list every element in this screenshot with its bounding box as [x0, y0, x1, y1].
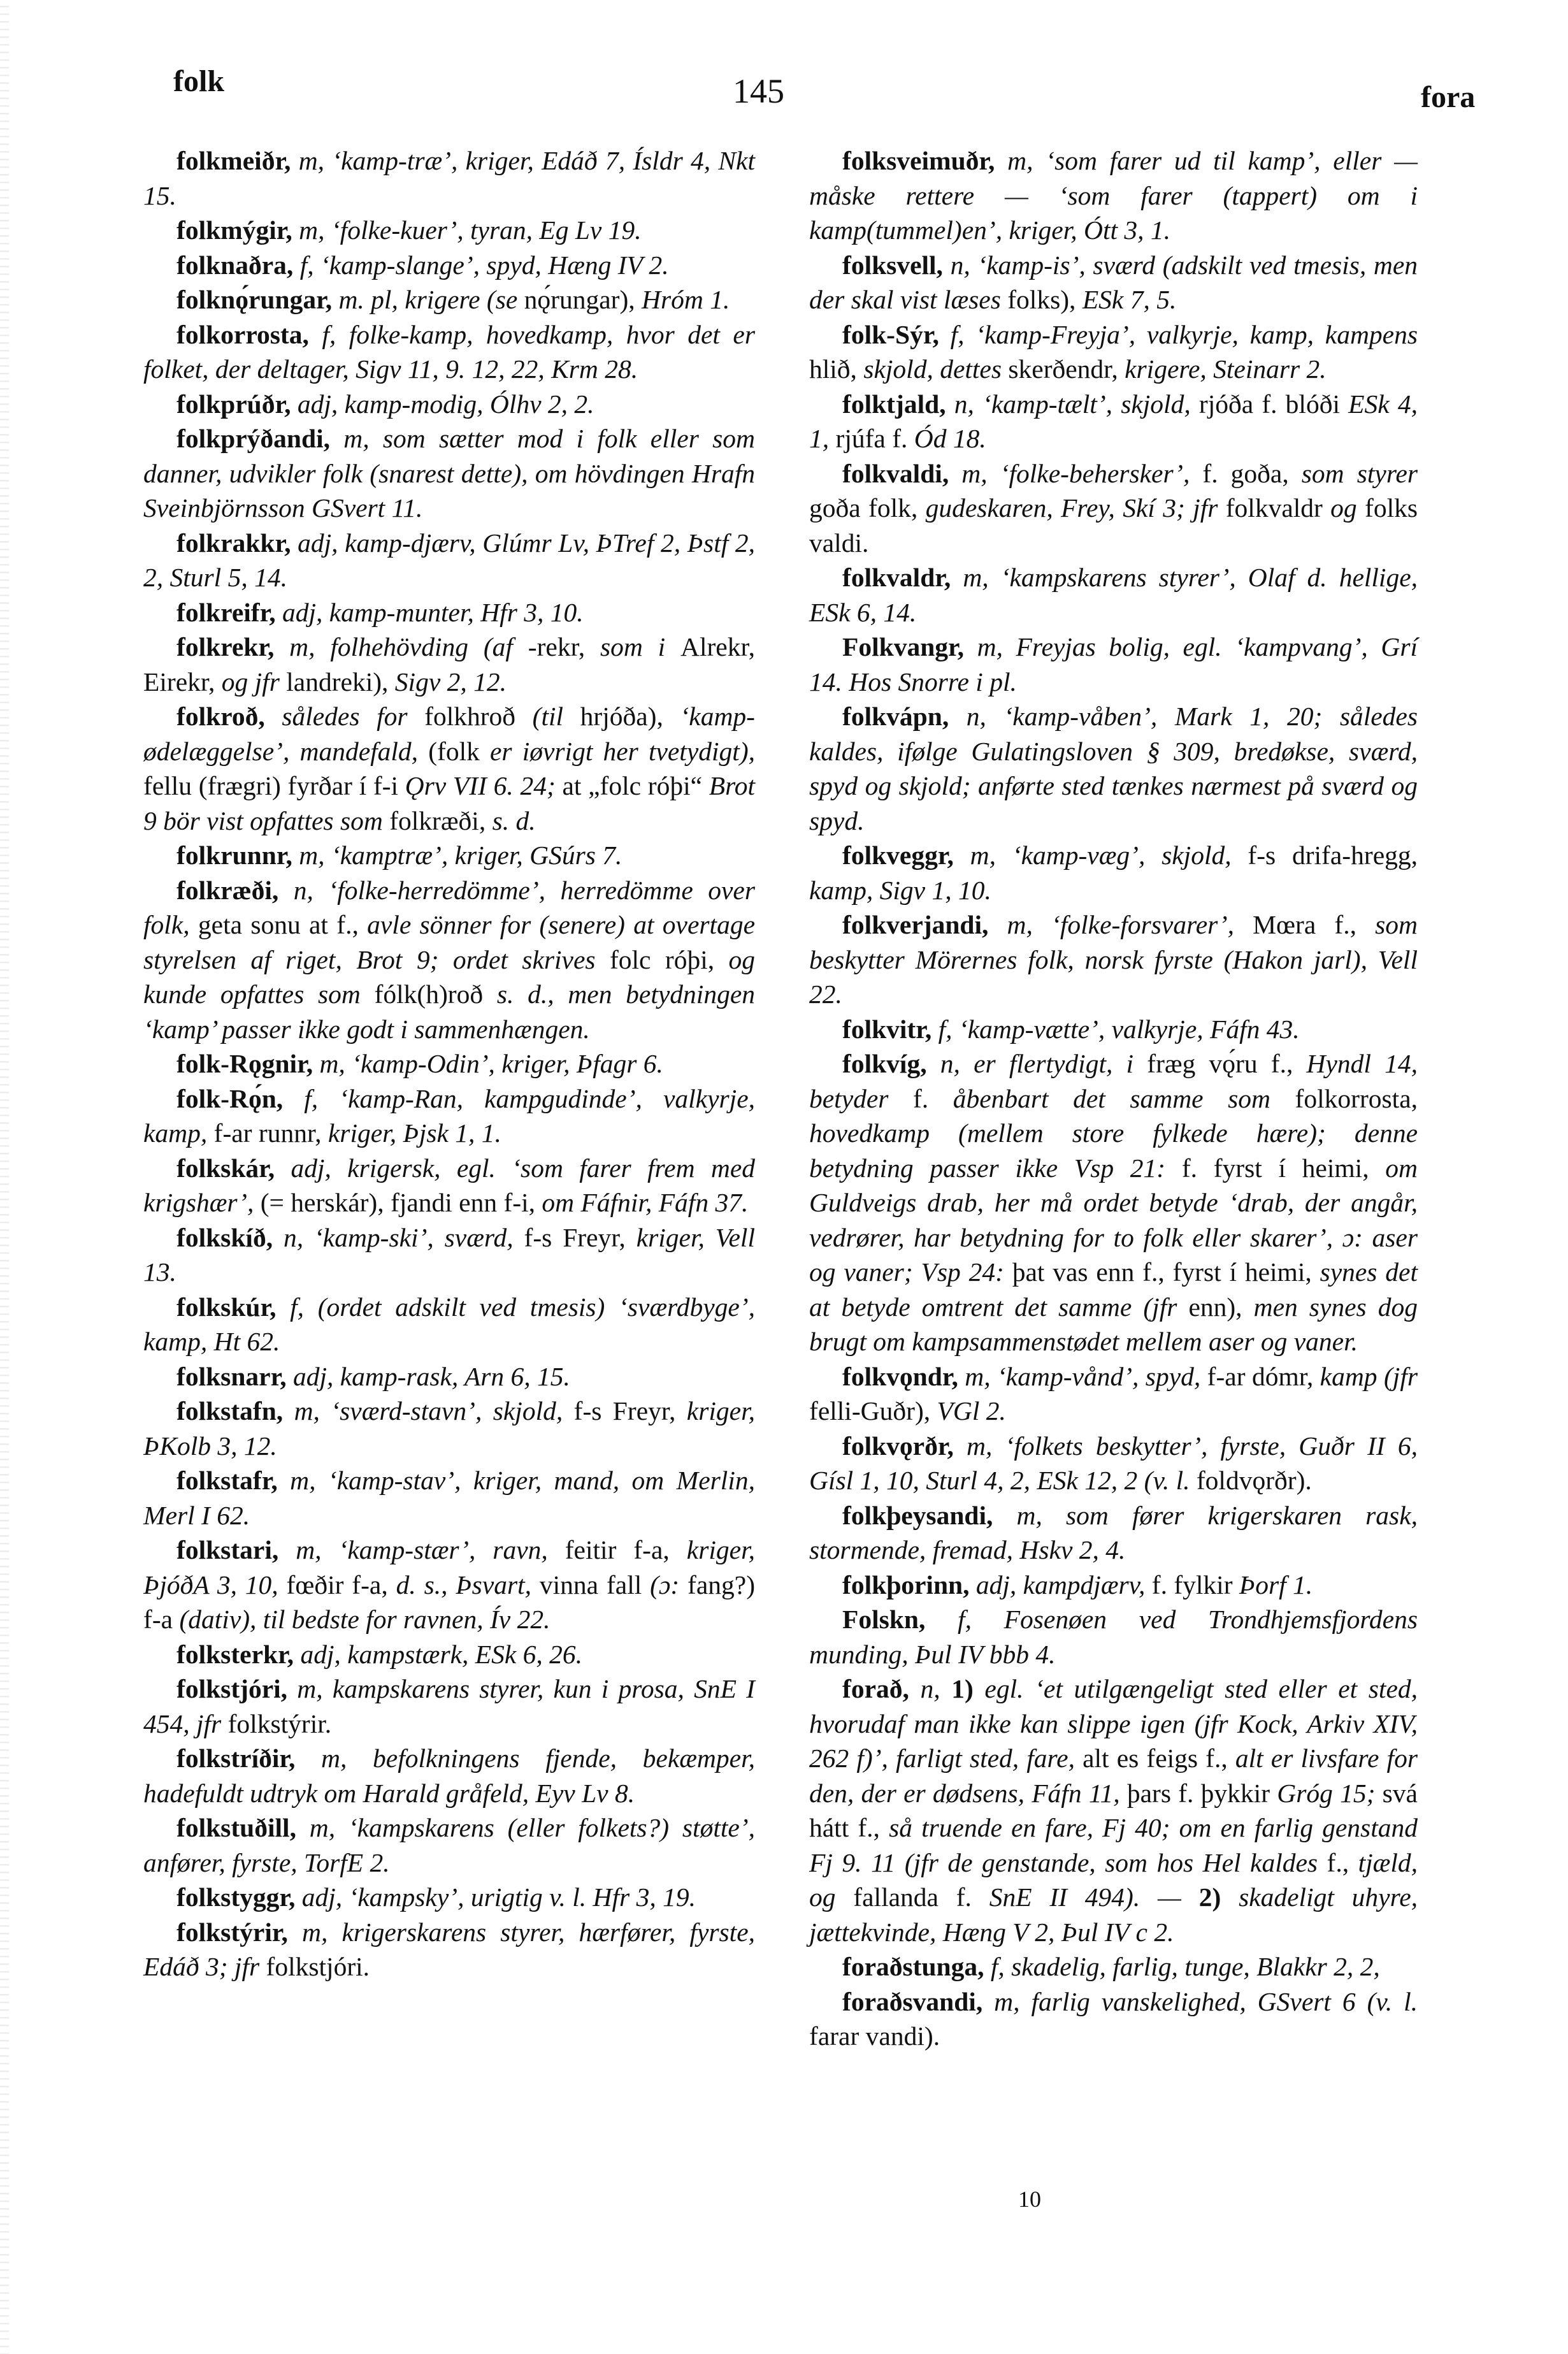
- entry-text: geta sonu at f.,: [198, 910, 367, 939]
- entry-text: og jfr: [222, 667, 286, 697]
- entry-headword: folksterkr,: [176, 1640, 294, 1669]
- dictionary-entry: folkvápn, n, ‘kamp-våben’, Mark 1, 20; s…: [809, 699, 1418, 838]
- entry-text: farar vandi).: [809, 2021, 940, 2051]
- entry-text: m, ‘kamp-Odin’, kriger, Þfagr 6.: [313, 1049, 663, 1078]
- dictionary-entry: folkstari, m, ‘kamp-stær’, ravn, feitir …: [143, 1533, 755, 1637]
- entry-text: fallanda f.: [853, 1882, 989, 1912]
- dictionary-entry: folkorrosta, f, folke-kamp, hovedkamp, h…: [143, 317, 755, 387]
- dictionary-entry: folk-Sýr, f, ‘kamp-Freyja’, valkyrje, ka…: [809, 317, 1418, 387]
- entry-text: m, ‘kamp-vånd’, spyd,: [958, 1362, 1207, 1391]
- dictionary-entry: folkræði, n, ‘folke-herredömme’, herredö…: [143, 873, 755, 1047]
- entry-headword: folkþeysandi,: [842, 1501, 993, 1530]
- entry-text: n,: [909, 1674, 951, 1703]
- entry-headword: Folskn,: [842, 1605, 925, 1634]
- entry-headword: folkvǫrðr,: [842, 1431, 954, 1461]
- entry-headword: folktjald,: [842, 389, 946, 419]
- entry-text: m, ‘sværd-stavn’, skjold,: [283, 1396, 573, 1426]
- entry-text: og: [1330, 493, 1365, 523]
- entry-headword: folkrunnr,: [176, 841, 292, 870]
- entry-text: fólk(h)roð: [375, 979, 497, 1009]
- dictionary-entry: folkskúr, f, (ordet adskilt ved tmesis) …: [143, 1290, 755, 1359]
- entry-text: 1): [951, 1674, 984, 1703]
- dictionary-entry: folkvaldi, m, ‘folke-behersker’, f. goða…: [809, 456, 1418, 561]
- entry-text: -rekr,: [528, 632, 600, 661]
- entry-text: folkorrosta,: [1295, 1084, 1418, 1113]
- entry-headword: folkmýgir,: [176, 215, 292, 245]
- dictionary-entry: folkprýðandi, m, som sætter mod i folk e…: [143, 421, 755, 526]
- entry-text: folks),: [1007, 285, 1082, 314]
- dictionary-entry: folkmýgir, m, ‘folke-kuer’, tyran, Eg Lv…: [143, 213, 755, 248]
- entry-text: f-s Freyr,: [574, 1396, 687, 1426]
- entry-text: (til: [533, 702, 580, 731]
- entry-headword: folkstuðill,: [176, 1813, 296, 1842]
- entry-text: s. d.: [493, 806, 536, 835]
- entry-text: SnE II 494). —: [989, 1882, 1199, 1912]
- entry-headword: folkvitr,: [842, 1015, 931, 1044]
- dictionary-entry: forað, n, 1) egl. ‘et utilgængeligt sted…: [809, 1672, 1418, 1949]
- entry-text: f. fyrst í heimi,: [1182, 1153, 1385, 1183]
- entry-text: f, ‘kamp-slange’, spyd, Hæng IV 2.: [293, 250, 668, 280]
- entry-text: f. fylkir: [1152, 1570, 1239, 1599]
- dictionary-entry: folkvitr, f, ‘kamp-vætte’, valkyrje, Fáf…: [809, 1012, 1418, 1047]
- dictionary-entry: folkrakkr, adj, kamp-djærv, Glúmr Lv, ÞT…: [143, 526, 755, 595]
- entry-text: f. goða,: [1202, 459, 1301, 488]
- entry-text: m, farlig vanskelighed, GSvert 6 (v. l.: [982, 1987, 1418, 2016]
- entry-headword: folkvǫndr,: [842, 1362, 958, 1391]
- entry-headword: folk-Rǫgnir,: [176, 1049, 313, 1078]
- entry-text: skerðendr,: [1008, 354, 1125, 384]
- dictionary-entry: folkstafr, m, ‘kamp-stav’, kriger, mand,…: [143, 1463, 755, 1533]
- entry-headword: folkvaldr,: [842, 563, 951, 592]
- entry-text: n, ‘kamp-ski’, sværd,: [273, 1223, 524, 1252]
- entry-text: nǫ́rungar),: [524, 285, 642, 314]
- dictionary-entry: folkverjandi, m, ‘folke-forsvarer’, Mœra…: [809, 907, 1418, 1012]
- running-head-left: folk: [173, 64, 224, 99]
- entry-text: n, ‘kamp-tælt’, skjold,: [946, 389, 1199, 419]
- entry-text: folkhroð: [424, 702, 533, 731]
- entry-headword: Folkvangr,: [842, 632, 964, 661]
- dictionary-entry: folk-Rǫgnir, m, ‘kamp-Odin’, kriger, Þfa…: [143, 1046, 755, 1081]
- entry-headword: folkstafr,: [176, 1466, 278, 1495]
- entry-text: ESk 7, 5.: [1082, 285, 1177, 314]
- dictionary-entry: Folkvangr, m, Freyjas bolig, egl. ‘kampv…: [809, 630, 1418, 699]
- dictionary-entry: folkstjóri, m, kampskarens styrer, kun i…: [143, 1672, 755, 1741]
- entry-text: f, ‘kamp-Freyja’, valkyrje, kamp, kampen…: [939, 320, 1418, 349]
- entry-text: som i: [600, 632, 680, 661]
- dictionary-entry: Folskn, f, Fosenøen ved Trondhjemsfjorde…: [809, 1602, 1418, 1672]
- entry-headword: folkþorinn,: [842, 1570, 970, 1599]
- entry-text: f-ar runnr,: [214, 1118, 328, 1148]
- entry-text: m, ‘folke-kuer’, tyran, Eg Lv 19.: [292, 215, 642, 245]
- entry-text: rjúfa f.: [836, 424, 914, 453]
- entry-text: Ód 18.: [914, 424, 986, 453]
- entry-text: som styrer: [1302, 459, 1418, 488]
- entry-text: fræg vǫ́ru f.,: [1147, 1049, 1306, 1078]
- entry-text: d. s., Þsvart,: [396, 1570, 540, 1599]
- entry-text: m, ‘kamp-væg’, skjold,: [954, 841, 1248, 870]
- entry-headword: folkprúðr,: [176, 389, 291, 419]
- dictionary-entry: folkmeiðr, m, ‘kamp-træ’, kriger, Edáð 7…: [143, 143, 755, 213]
- dictionary-entry: folkvaldr, m, ‘kampskarens styrer’, Olaf…: [809, 560, 1418, 630]
- dictionary-entry: folkveggr, m, ‘kamp-væg’, skjold, f-s dr…: [809, 838, 1418, 907]
- entry-text: adj, kamp-munter, Hfr 3, 10.: [276, 598, 584, 627]
- entry-headword: folknǫ́rungar,: [176, 285, 332, 314]
- dictionary-entry: folkreifr, adj, kamp-munter, Hfr 3, 10.: [143, 595, 755, 630]
- entry-text: f-s Freyr,: [524, 1223, 637, 1252]
- entry-text: f.,: [1327, 1848, 1358, 1877]
- entry-text: Sigv 2, 12.: [395, 667, 507, 697]
- dictionary-entry: folkstýrir, m, krigerskarens styrer, hær…: [143, 1915, 755, 1984]
- entry-text: f, skadelig, farlig, tunge, Blakkr 2, 2,: [984, 1952, 1380, 1981]
- entry-headword: folkstýrir,: [176, 1917, 288, 1947]
- signature-mark: 10: [1018, 2186, 1041, 2213]
- entry-headword: folkstari,: [176, 1535, 278, 1564]
- dictionary-entry: folkþeysandi, m, som fører krigerskaren …: [809, 1498, 1418, 1568]
- dictionary-entry: folktjald, n, ‘kamp-tælt’, skjold, rjóða…: [809, 387, 1418, 456]
- entry-headword: folkrekr,: [176, 632, 274, 661]
- entry-text: folkvaldr: [1226, 493, 1330, 523]
- entry-text: adj, kampdjærv,: [970, 1570, 1152, 1599]
- entry-text: VGl 2.: [937, 1396, 1006, 1426]
- entry-text: landreki),: [286, 667, 395, 697]
- entry-text: n, er flertydigt, i: [927, 1049, 1147, 1078]
- dictionary-entry: foraðstunga, f, skadelig, farlig, tunge,…: [809, 1949, 1418, 1984]
- entry-text: kamp, Sigv 1, 10.: [809, 876, 991, 905]
- dictionary-entry: folknaðra, f, ‘kamp-slange’, spyd, Hæng …: [143, 248, 755, 283]
- entry-headword: folksnarr,: [176, 1362, 287, 1391]
- entry-headword: folkstafn,: [176, 1396, 283, 1426]
- entry-text: åbenbart det samme som: [953, 1084, 1295, 1113]
- dictionary-entry: folksvell, n, ‘kamp-is’, sværd (adskilt …: [809, 248, 1418, 317]
- entry-text: Mœra f.,: [1253, 910, 1375, 939]
- entry-text: (ɔ:: [650, 1570, 687, 1599]
- dictionary-entry: folknǫ́rungar, m. pl, krigere (se nǫ́run…: [143, 282, 755, 317]
- dictionary-column-left: folkmeiðr, m, ‘kamp-træ’, kriger, Edáð 7…: [143, 143, 755, 1984]
- entry-text: 2): [1199, 1882, 1239, 1912]
- entry-headword: folksveimuðr,: [842, 146, 995, 175]
- entry-headword: folkstríðir,: [176, 1744, 295, 1773]
- entry-text: (dativ), til bedste for ravnen, Ív 22.: [179, 1605, 550, 1634]
- entry-text: m, ‘kamptræ’, kriger, GSúrs 7.: [292, 841, 622, 870]
- entry-headword: folkstjóri,: [176, 1674, 287, 1703]
- entry-text: enn),: [1188, 1292, 1253, 1322]
- entry-text: alt es feigs f.,: [1082, 1744, 1235, 1773]
- dictionary-entry: folk-Rǫ́n, f, ‘kamp-Ran, kampgudinde’, v…: [143, 1081, 755, 1151]
- entry-text: Þorf 1.: [1239, 1570, 1313, 1599]
- entry-headword: folkverjandi,: [842, 910, 988, 939]
- entry-text: (= herskár), fjandi enn f-i,: [261, 1188, 542, 1217]
- entry-headword: folkroð,: [176, 702, 265, 731]
- entry-text: m, ‘kamp-stær’, ravn,: [278, 1535, 565, 1564]
- entry-text: kriger, Þjsk 1, 1.: [328, 1118, 501, 1148]
- entry-headword: folknaðra,: [176, 250, 293, 280]
- dictionary-entry: folkvǫrðr, m, ‘folkets beskytter’, fyrst…: [809, 1429, 1418, 1498]
- entry-text: folc róþi,: [610, 945, 729, 974]
- entry-text: m, folhehövding (af: [274, 632, 528, 661]
- entry-text: f, ‘kamp-vætte’, valkyrje, Fáfn 43.: [931, 1015, 1299, 1044]
- entry-headword: folkorrosta,: [176, 320, 309, 349]
- entry-text: vinna fall: [540, 1570, 650, 1599]
- dictionary-column-right: folksveimuðr, m, ‘som farer ud til kamp’…: [809, 143, 1418, 2054]
- dictionary-entry: folksterkr, adj, kampstærk, ESk 6, 26.: [143, 1637, 755, 1672]
- entry-text: fœðir f-a,: [287, 1570, 396, 1599]
- entry-text: m. pl, krigere (se: [332, 285, 524, 314]
- entry-headword: folk-Sýr,: [842, 320, 939, 349]
- entry-text: adj, kamp-modig, Ólhv 2, 2.: [291, 389, 594, 419]
- entry-text: þat vas enn f., fyrst í heimi,: [1012, 1257, 1320, 1287]
- dictionary-entry: folkroð, således for folkhroð (til hrjóð…: [143, 699, 755, 838]
- entry-text: f-ar dómr,: [1207, 1362, 1320, 1391]
- entry-text: folkstjóri.: [266, 1952, 370, 1981]
- entry-headword: folkmeiðr,: [176, 146, 291, 175]
- entry-headword: folkstyggr,: [176, 1882, 295, 1912]
- entry-headword: foraðsvandi,: [842, 1987, 982, 2016]
- entry-headword: folkræði,: [176, 876, 278, 905]
- entry-text: feitir f-a,: [565, 1535, 687, 1564]
- dictionary-entry: folkstuðill, m, ‘kampskarens (eller folk…: [143, 1810, 755, 1880]
- entry-headword: folkrakkr,: [176, 528, 291, 558]
- entry-text: Hróm 1.: [642, 285, 730, 314]
- entry-text: adj, kampstærk, ESk 6, 26.: [294, 1640, 582, 1669]
- entry-text: Ǫrv VII 6. 24;: [405, 771, 563, 800]
- entry-text: f.: [913, 1084, 953, 1113]
- dictionary-entry: folkstyggr, adj, ‘kampsky’, urigtig v. l…: [143, 1880, 755, 1915]
- entry-text: hlið,: [809, 354, 863, 384]
- entry-text: (folk: [428, 737, 490, 766]
- dictionary-entry: folkskíð, n, ‘kamp-ski’, sværd, f-s Frey…: [143, 1220, 755, 1290]
- entry-headword: forað,: [842, 1674, 909, 1703]
- entry-text: krigere, Steinarr 2.: [1125, 354, 1327, 384]
- entry-text: er iøvrigt her tvetydigt),: [490, 737, 755, 766]
- dictionary-entry: folkstríðir, m, befolkningens fjende, be…: [143, 1741, 755, 1810]
- entry-text: foldvǫrðr).: [1197, 1466, 1312, 1495]
- entry-text: skjold, dettes: [863, 354, 1008, 384]
- dictionary-entry: folkstafn, m, ‘sværd-stavn’, skjold, f-s…: [143, 1394, 755, 1463]
- entry-headword: folkskár,: [176, 1153, 275, 1183]
- entry-headword: folkprýðandi,: [176, 424, 330, 453]
- dictionary-entry: folksveimuðr, m, ‘som farer ud til kamp’…: [809, 143, 1418, 248]
- entry-text: f-s drifa-hregg,: [1248, 841, 1418, 870]
- entry-headword: folkvaldi,: [842, 459, 949, 488]
- entry-headword: folksvell,: [842, 250, 943, 280]
- entry-text: adj, kamp-rask, Arn 6, 15.: [287, 1362, 570, 1391]
- dictionary-entry: folkrunnr, m, ‘kamptræ’, kriger, GSúrs 7…: [143, 838, 755, 873]
- entry-text: rjóða f. blóði: [1199, 389, 1348, 419]
- entry-text: adj, ‘kampsky’, urigtig v. l. Hfr 3, 19.: [295, 1882, 696, 1912]
- dictionary-entry: foraðsvandi, m, farlig vanskelighed, GSv…: [809, 1984, 1418, 2054]
- entry-text: Gróg 15;: [1277, 1779, 1382, 1808]
- entry-text: folkstýrir.: [228, 1709, 332, 1738]
- entry-text: kamp (jfr: [1320, 1362, 1418, 1391]
- entry-text: goða folk,: [809, 493, 926, 523]
- entry-text: m, ‘folke-forsvarer’,: [988, 910, 1253, 939]
- entry-headword: folkskúr,: [176, 1292, 276, 1322]
- entry-headword: folkvápn,: [842, 702, 949, 731]
- entry-text: at „folc róþi“: [562, 771, 708, 800]
- entry-headword: folk-Rǫ́n,: [176, 1084, 283, 1113]
- entry-text: felli-Guðr),: [809, 1396, 937, 1426]
- entry-text: hrjóða),: [580, 702, 680, 731]
- dictionary-entry: folkvǫndr, m, ‘kamp-vånd’, spyd, f-ar dó…: [809, 1359, 1418, 1429]
- entry-headword: folkreifr,: [176, 598, 276, 627]
- entry-text: fellu (frægri) fyrðar í f-i: [143, 771, 405, 800]
- entry-headword: folkvíg,: [842, 1049, 927, 1078]
- entry-text: m, ‘folke-behersker’,: [949, 459, 1202, 488]
- entry-text: gudeskaren, Frey, Skí 3; jfr: [926, 493, 1226, 523]
- entry-text: om Fáfnir, Fáfn 37.: [542, 1188, 748, 1217]
- dictionary-entry: folksnarr, adj, kamp-rask, Arn 6, 15.: [143, 1359, 755, 1394]
- running-head-right: fora: [1421, 80, 1475, 115]
- entry-headword: folkskíð,: [176, 1223, 273, 1252]
- dictionary-entry: folkprúðr, adj, kamp-modig, Ólhv 2, 2.: [143, 387, 755, 422]
- page-number: 145: [733, 71, 784, 111]
- dictionary-entry: folkþorinn, adj, kampdjærv, f. fylkir Þo…: [809, 1568, 1418, 1603]
- entry-headword: folkveggr,: [842, 841, 954, 870]
- entry-headword: foraðstunga,: [842, 1952, 984, 1981]
- dictionary-entry: folkskár, adj, krigersk, egl. ‘som farer…: [143, 1151, 755, 1220]
- dictionary-entry: folkvíg, n, er flertydigt, i fræg vǫ́ru …: [809, 1046, 1418, 1359]
- entry-text: þars f. þykkir: [1127, 1779, 1277, 1808]
- scan-edge-artifact: [0, 0, 9, 2354]
- dictionary-entry: folkrekr, m, folhehövding (af -rekr, som…: [143, 630, 755, 699]
- entry-text: folkræði,: [389, 806, 492, 835]
- entry-text: således for: [265, 702, 424, 731]
